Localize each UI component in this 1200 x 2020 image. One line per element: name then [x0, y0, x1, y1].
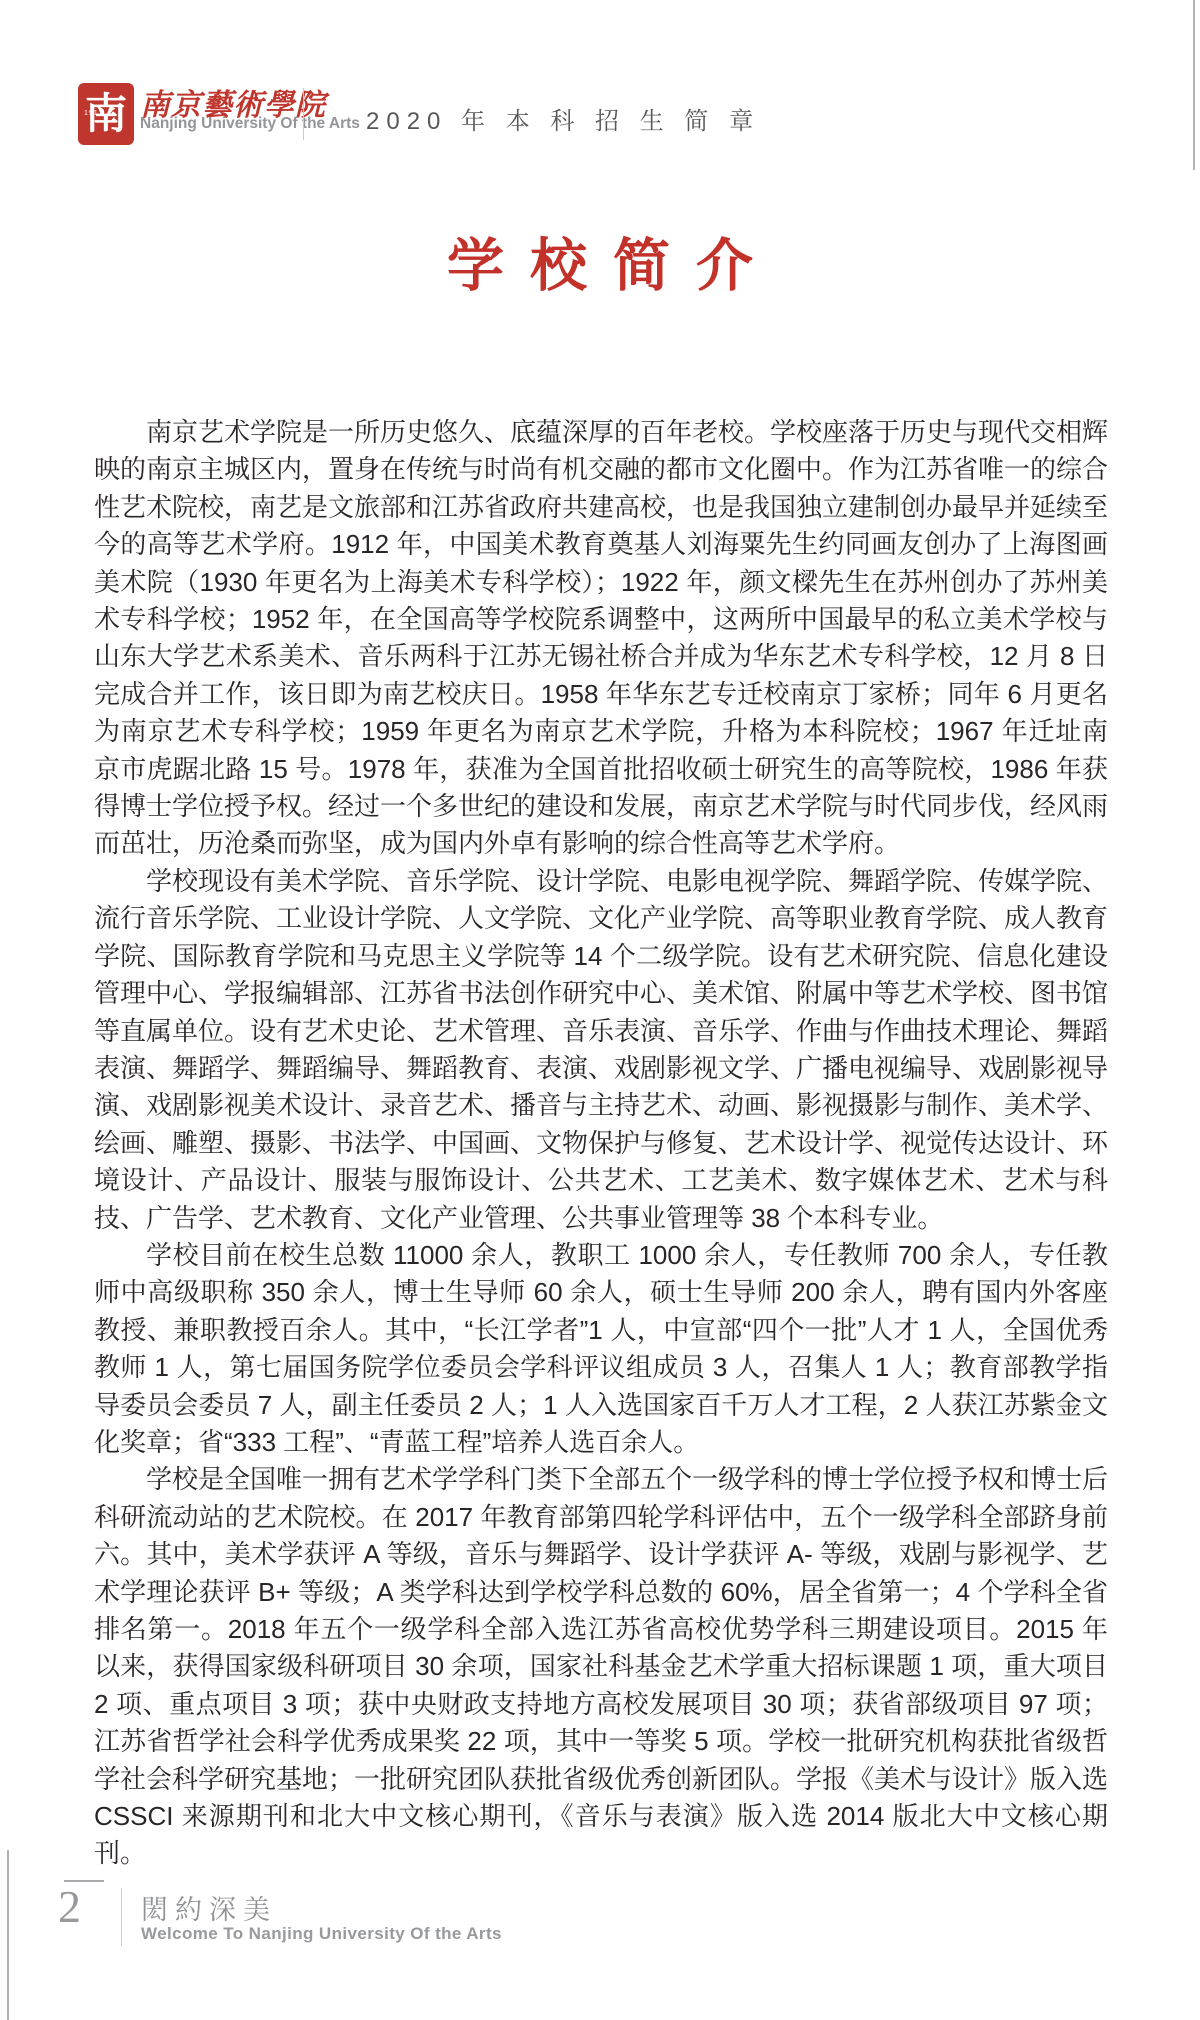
seal-founding-year: 1912	[84, 110, 104, 117]
paragraph-disciplines-research: 学校是全国唯一拥有艺术学学科门类下全部五个一级学科的博士学位授予权和博士后科研流…	[94, 1461, 1108, 1872]
introduction-text: 南京艺术学院是一所历史悠久、底蕴深厚的百年老校。学校座落于历史与现代交相辉映的南…	[94, 414, 1108, 1873]
page-title: 学校简介	[0, 220, 1200, 302]
paragraph-faculty: 学校目前在校生总数 11000 余人，教职工 1000 余人，专任教师 700 …	[94, 1237, 1108, 1461]
university-seal-logo: 南 1912	[78, 83, 134, 145]
paragraph-schools-majors: 学校现设有美术学院、音乐学院、设计学院、电影电视学院、舞蹈学院、传媒学院、流行音…	[94, 863, 1108, 1237]
page-edge-mark-bottom-left	[7, 1850, 9, 2020]
footer-divider-line	[121, 1888, 122, 1946]
brochure-page: 南 1912 南京藝術學院 Nanjing University Of the …	[0, 0, 1200, 2020]
paragraph-history: 南京艺术学院是一所历史悠久、底蕴深厚的百年老校。学校座落于历史与现代交相辉映的南…	[94, 414, 1108, 863]
header-divider-line	[303, 88, 304, 140]
page-number: 2	[58, 1884, 81, 1930]
page-edge-mark-top-right	[1193, 0, 1195, 170]
university-motto: 閎約深美	[141, 1888, 277, 1927]
brochure-banner-title: 2020 年 本 科 招 生 简 章	[366, 101, 760, 136]
university-name-english: Nanjing University Of the Arts	[140, 115, 360, 133]
footer-welcome-text: Welcome To Nanjing University Of the Art…	[141, 1924, 502, 1944]
